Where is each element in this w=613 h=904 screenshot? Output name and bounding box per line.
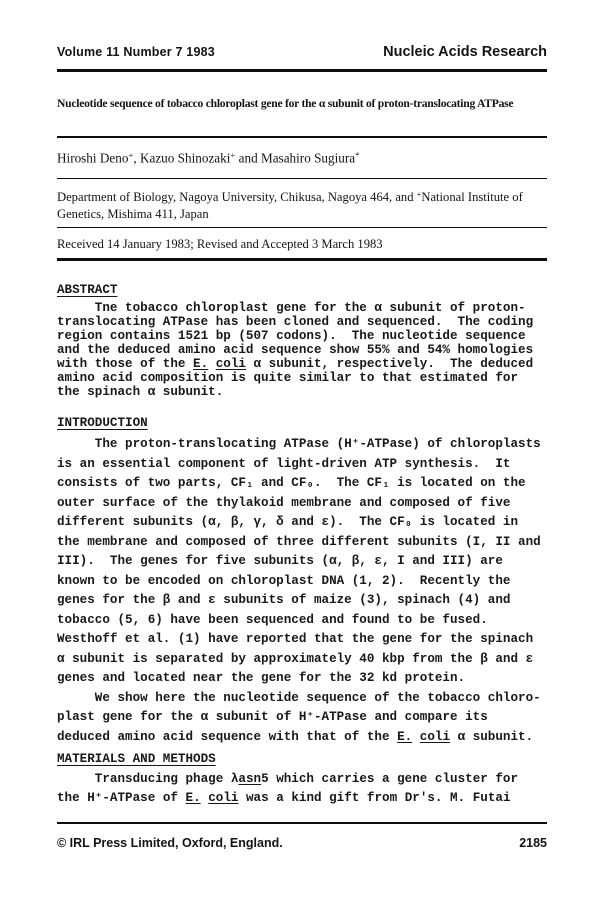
footer-rule [57, 822, 547, 825]
received-dates: Received 14 January 1983; Revised and Ac… [57, 237, 547, 252]
introduction-heading: INTRODUCTION [57, 416, 547, 430]
affiliation: Department of Biology, Nagoya University… [57, 187, 547, 221]
introduction-section: INTRODUCTION The proton-translocating AT… [57, 416, 547, 747]
abstract-heading: ABSTRACT [57, 283, 547, 297]
methods-text: Transducing phage λasn5 which carries a … [57, 770, 547, 809]
copyright-notice: © IRL Press Limited, Oxford, England. [57, 836, 283, 850]
journal-header: Volume 11 Number 7 1983 Nucleic Acids Re… [57, 44, 547, 60]
article-title: Nucleotide sequence of tobacco chloropla… [57, 97, 547, 110]
abstract-text: Tne tobacco chloroplast gene for the α s… [57, 301, 547, 399]
introduction-text: The proton-translocating ATPase (H⁺-ATPa… [57, 435, 547, 747]
abstract-section: ABSTRACT Tne tobacco chloroplast gene fo… [57, 283, 547, 399]
methods-section: MATERIALS AND METHODS Transducing phage … [57, 750, 547, 809]
paper-page: Volume 11 Number 7 1983 Nucleic Acids Re… [0, 0, 613, 904]
header-rule [57, 69, 547, 72]
page-number: 2185 [519, 836, 547, 850]
title-rule [57, 136, 547, 138]
affiliation-rule [57, 227, 547, 229]
journal-volume: Volume 11 Number 7 1983 [57, 45, 215, 59]
authors-line: Hiroshi Deno+, Kazuo Shinozaki+ and Masa… [57, 150, 547, 166]
methods-heading: MATERIALS AND METHODS [57, 750, 547, 770]
received-rule [57, 258, 547, 261]
journal-name: Nucleic Acids Research [383, 44, 547, 60]
authors-rule [57, 178, 547, 180]
page-footer: © IRL Press Limited, Oxford, England. 21… [57, 836, 547, 850]
